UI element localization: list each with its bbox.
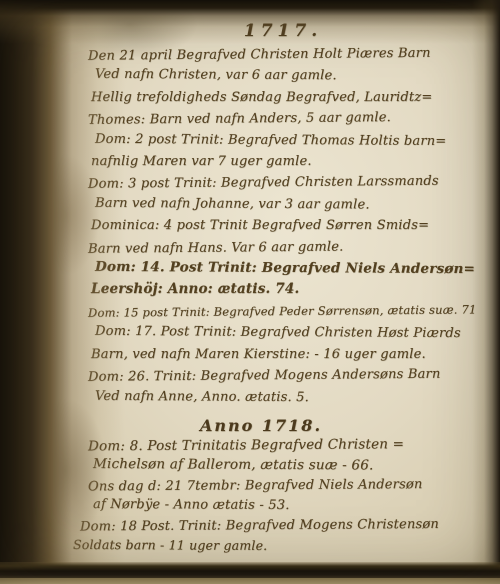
manuscript-line: Thomes: Barn ved nafn Anders, 5 aar gaml… <box>88 106 494 131</box>
manuscript-line: Michelsøn af Ballerom, ætatis suæ - 66. <box>88 454 494 476</box>
manuscript-line: Soldats barn - 11 uger gamle. <box>68 535 494 558</box>
year-heading-1718: Anno 1718. <box>58 416 464 435</box>
manuscript-line: Barn ved nafn Hans. Var 6 aar gamle. <box>88 235 494 260</box>
manuscript-line: Ved nafn Christen, var 6 aar gamle. <box>88 64 494 88</box>
manuscript-line: Dom: 8. Post Trinitatis Begrafved Christ… <box>88 433 494 456</box>
manuscript-line: Dom: 17. Post Trinit: Begrafved Christen… <box>88 321 494 345</box>
burial-entries-1717: Den 21 april Begrafved Christen Holt Piæ… <box>88 44 494 408</box>
manuscript-line: Ons dag d: 21 7tembr: Begrafved Niels An… <box>88 474 494 497</box>
scanned-manuscript-photo: 1717. Den 21 april Begrafved Christen Ho… <box>0 0 500 584</box>
manuscript-line: Barn, ved nafn Maren Kierstine: - 16 uge… <box>88 344 494 365</box>
manuscript-line: Leershöj: Anno: ætatis. 74. <box>88 279 494 300</box>
manuscript-line: Dominica: 4 post Trinit Begrafved Sørren… <box>88 215 494 236</box>
year-heading-1717: 1717. <box>80 21 486 41</box>
burial-entries-1718: Dom: 8. Post Trinitatis Begrafved Christ… <box>88 435 494 557</box>
manuscript-line: Dom: 26. Trinit: Begrafved Mogens Anders… <box>88 363 494 388</box>
manuscript-line: Ved nafn Anne, Anno. ætatis. 5. <box>88 385 494 409</box>
manuscript-line: Dom: 3 post Trinit: Begrafved Christen L… <box>88 171 494 196</box>
manuscript-line: Dom: 14. Post Trinit: Begrafved Niels An… <box>88 257 494 281</box>
manuscript-line: Dom: 2 post Trinit: Begrafved Thomas Hol… <box>88 128 494 152</box>
manuscript-line: af Nørbÿe - Anno ætatis - 53. <box>88 495 494 517</box>
manuscript-text-block: 1717. Den 21 april Begrafved Christen Ho… <box>88 21 494 557</box>
manuscript-line: nafnlig Maren var 7 uger gamle. <box>88 151 494 172</box>
manuscript-line: Hellig trefoldigheds Søndag Begrafved, L… <box>88 87 494 108</box>
parchment-page: 1717. Den 21 april Begrafved Christen Ho… <box>0 0 500 584</box>
manuscript-line: Barn ved nafn Johanne, var 3 aar gamle. <box>88 193 494 217</box>
